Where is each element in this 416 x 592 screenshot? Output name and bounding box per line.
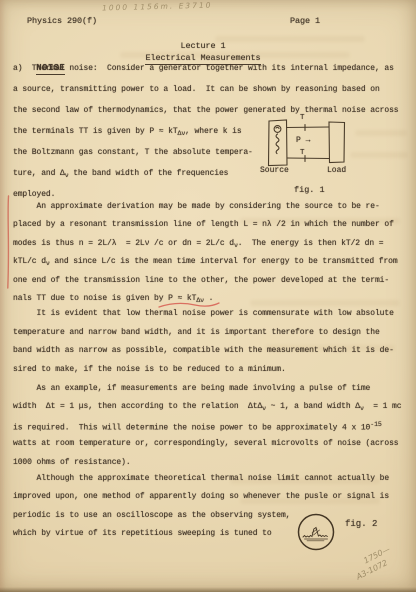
fig2-caption: fig. 2 <box>345 519 377 529</box>
fig1-caption: fig. 1 <box>294 185 325 195</box>
text-line: band width as narrow as possible, compat… <box>13 346 394 358</box>
text-line: a) Thermal noise: Consider a generator t… <box>13 64 394 76</box>
text-line: watts at room temperature or, correspond… <box>13 439 398 451</box>
text-line: a source, transmitting power to a load. … <box>13 85 380 97</box>
text-line: width ∆t = 1 μs, then according to the r… <box>13 402 401 414</box>
red-margin-line <box>6 195 12 289</box>
fig1-source-label: Source <box>260 166 289 175</box>
text-line: periodic is to use an oscilloscope as th… <box>13 511 290 523</box>
scanned-document-page: 1000 1156m. E3710 Physics 290(f) Page 1 … <box>0 0 416 592</box>
text-line: temperature and narrow band width, and i… <box>13 328 380 340</box>
text-line: which by virtue of its repetitious sweep… <box>13 529 272 541</box>
text-line: improved upon, one method of apparently … <box>13 492 389 504</box>
text-line: Although the approximate theoretical the… <box>13 474 389 486</box>
text-line: employed. <box>13 190 55 202</box>
red-underline-mark <box>157 299 221 311</box>
pencil-note-top: 1000 1156m. E3710 <box>102 1 213 13</box>
fig1-load-label: Load <box>327 166 346 175</box>
course-title: Physics 290(f) <box>27 16 97 26</box>
text-line: kTL/c dν and since L/c is the mean time … <box>13 257 398 269</box>
pencil-note-bottom: 1750— A3-1072 <box>349 544 397 583</box>
text-line: As an example, if measurements are being… <box>13 384 370 396</box>
text-line: the Boltzmann gas constant, T the absolu… <box>13 148 253 160</box>
text-line: placed by a resonant transmission line o… <box>13 220 394 232</box>
terminal-top-label: T <box>300 114 305 122</box>
text-line: one end of the transmission line to the … <box>13 276 389 288</box>
text-line: 1000 ohms of resistance). <box>13 458 131 470</box>
text-line: ture, and ∆ν the band width of the frequ… <box>13 169 228 181</box>
text-line: modes is thus n = 2L/λ = 2Lν /c or dn = … <box>13 239 383 251</box>
terminal-bottom-label: T <box>300 149 305 157</box>
text-line: the terminals TT is given by P ≈ kT∆ν, w… <box>13 127 242 139</box>
text-line: is required. This will determine the noi… <box>13 421 382 433</box>
text-line: An approximate derivation may be made by… <box>13 202 380 214</box>
bleedthrough-mark <box>250 300 400 306</box>
page-number: Page 1 <box>290 16 320 26</box>
figure2-oscilloscope-drawing <box>296 512 340 554</box>
power-arrow-label: P → <box>296 136 310 145</box>
text-line: sired to make, if the noise is to be red… <box>13 365 286 377</box>
